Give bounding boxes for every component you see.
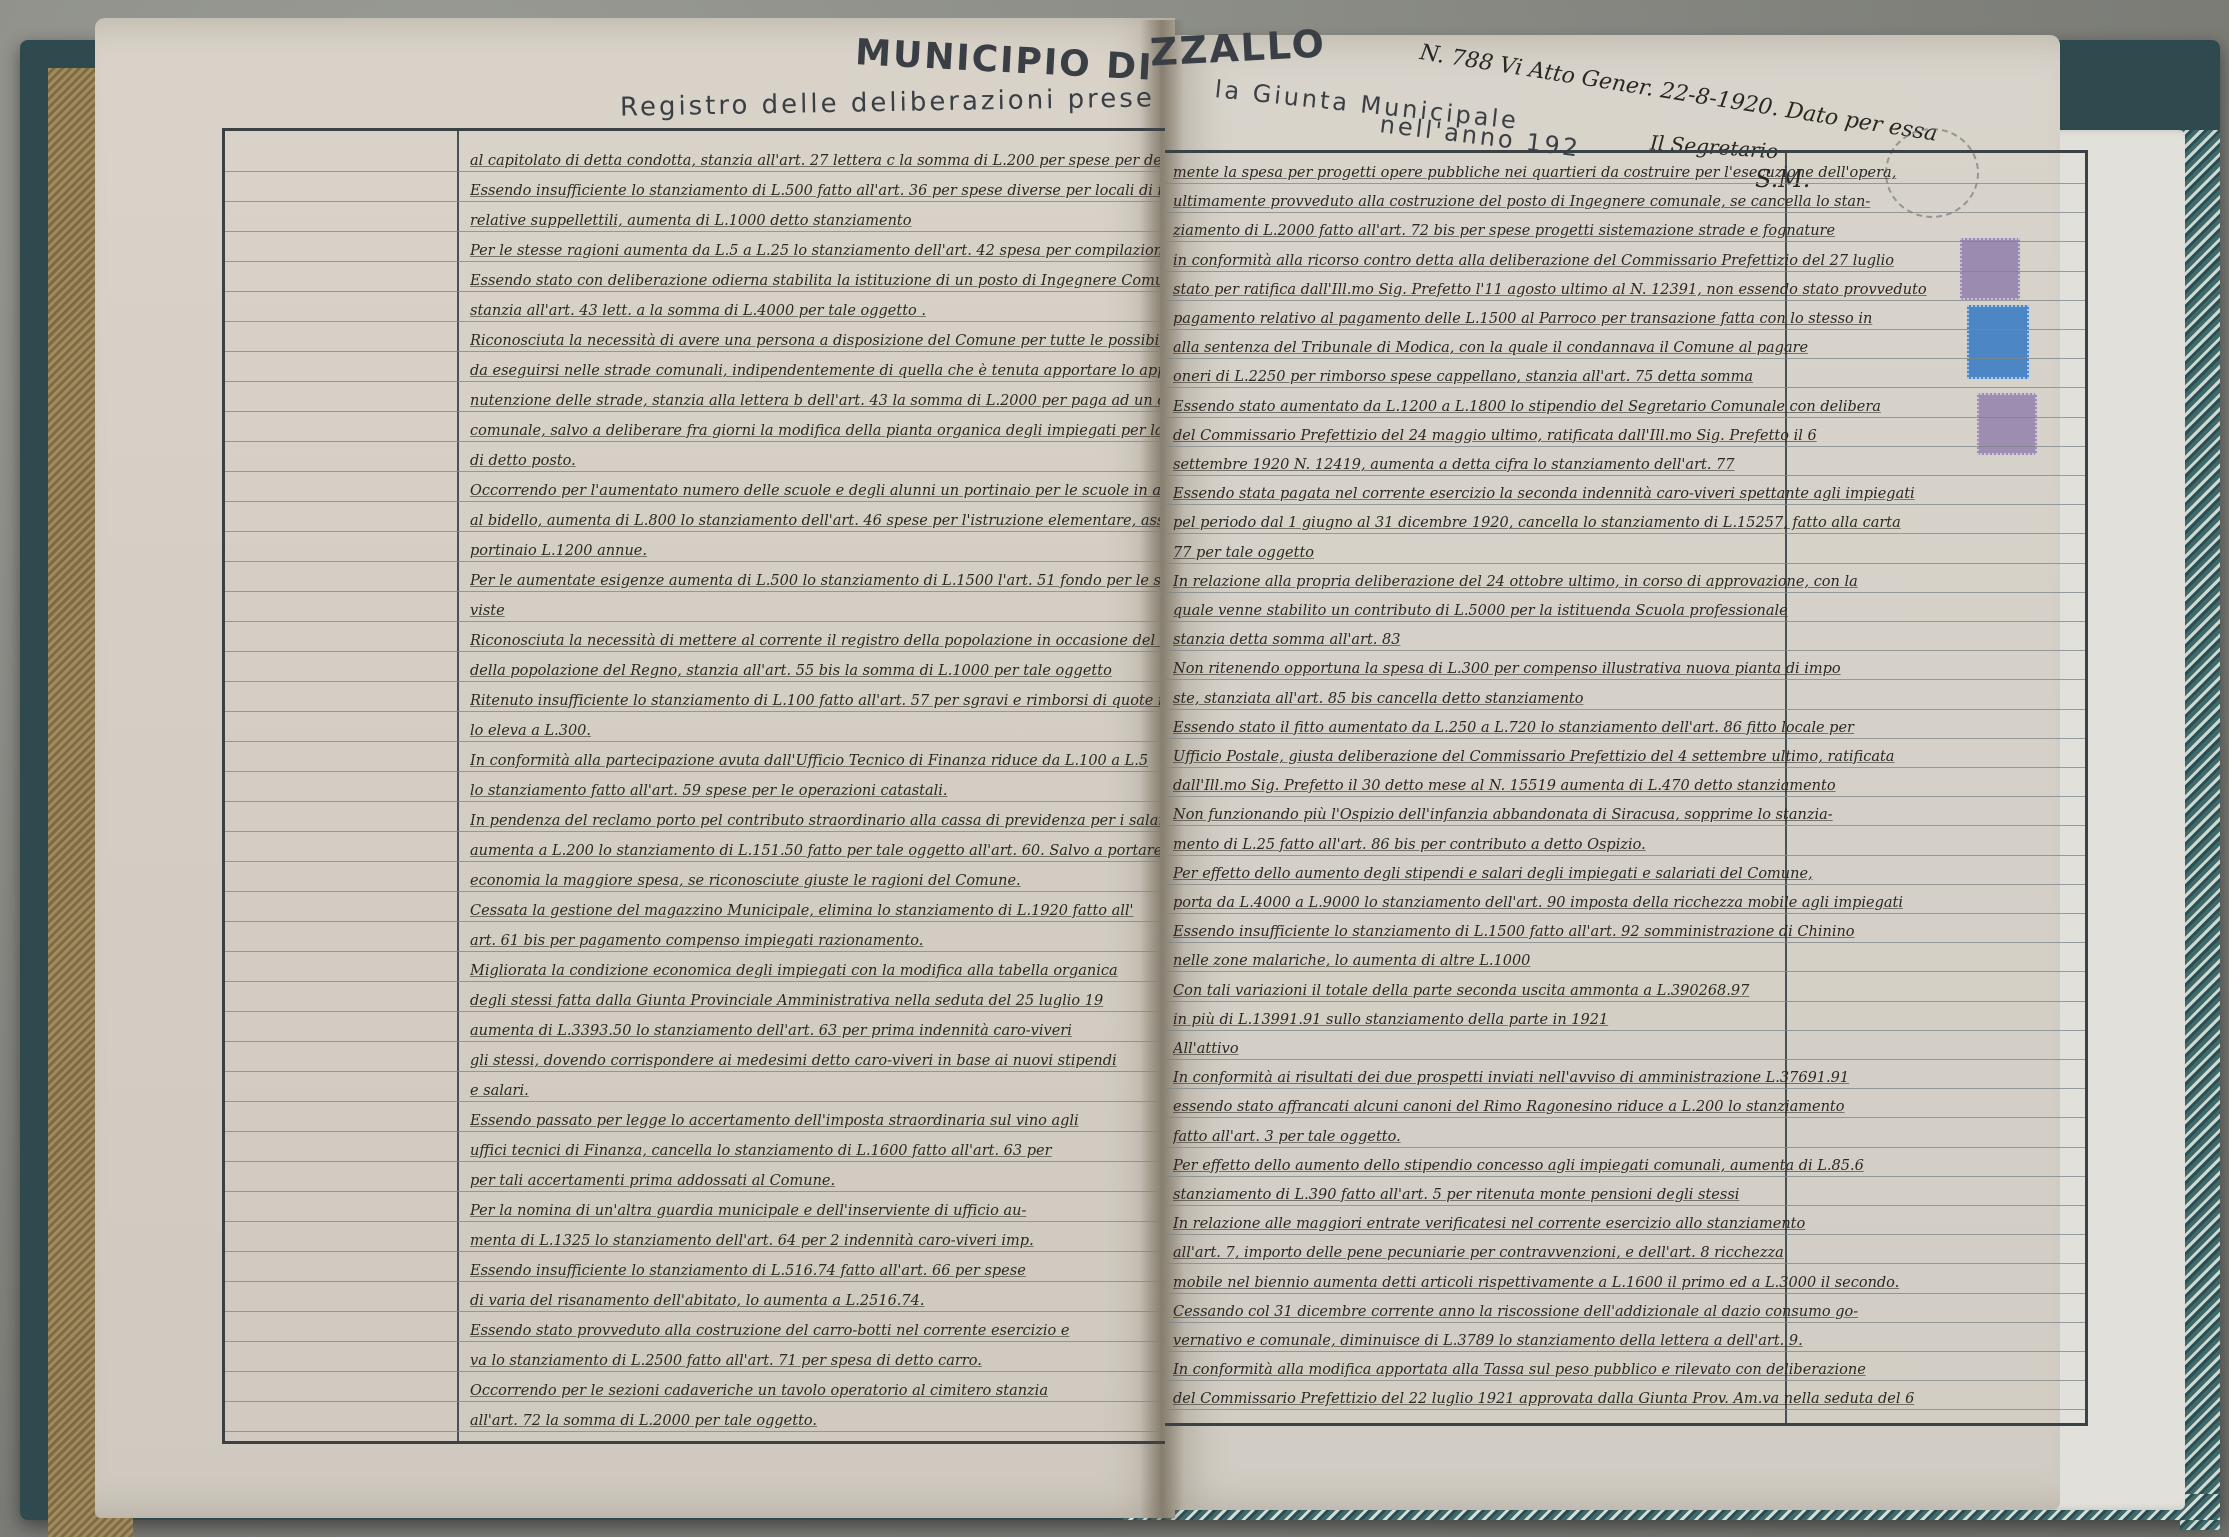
handwritten-line: stato per ratifica dall'Ill.mo Sig. Pref… xyxy=(1173,282,2053,298)
ruled-line xyxy=(225,801,1165,802)
ruled-line xyxy=(1165,212,2085,213)
ruled-line xyxy=(1165,1176,2085,1177)
handwritten-line: Cessando col 31 dicembre corrente anno l… xyxy=(1173,1304,2053,1320)
handwritten-line: al bidello, aumenta di L.800 lo stanziam… xyxy=(470,513,1160,529)
handwritten-line: Riconosciuta la necessità di avere una p… xyxy=(470,333,1160,349)
ruled-line xyxy=(1165,738,2085,739)
ruled-line xyxy=(225,981,1165,982)
handwritten-line: in più di L.13991.91 sullo stanziamento … xyxy=(1173,1012,2053,1028)
ruled-line xyxy=(1165,446,2085,447)
handwritten-line: Essendo stato con deliberazione odierna … xyxy=(470,273,1160,289)
ruled-line xyxy=(1165,533,2085,534)
ruled-line xyxy=(225,1431,1165,1432)
ruled-line xyxy=(225,1221,1165,1222)
handwritten-line: Per effetto dello aumento dello stipendi… xyxy=(1173,1158,2053,1174)
handwritten-line: per tali accertamenti prima addossati al… xyxy=(470,1173,1160,1189)
left-ledger-table: al capitolato di detta condotta, stanzia… xyxy=(222,128,1165,1444)
ruled-line xyxy=(225,921,1165,922)
ruled-line xyxy=(225,1311,1165,1312)
handwritten-line: Essendo stato il fitto aumentato da L.25… xyxy=(1173,720,2053,736)
handwritten-line: In relazione alla propria deliberazione … xyxy=(1173,574,2053,590)
handwritten-line: portinaio L.1200 annue. xyxy=(470,543,1160,559)
handwritten-line: Essendo passato per legge lo accertament… xyxy=(470,1113,1160,1129)
ruled-line xyxy=(1165,271,2085,272)
handwritten-line: porta da L.4000 a L.9000 lo stanziamento… xyxy=(1173,895,2053,911)
ruled-line xyxy=(1165,1205,2085,1206)
ruled-line xyxy=(225,291,1165,292)
ruled-line xyxy=(1165,329,2085,330)
ruled-line xyxy=(225,1101,1165,1102)
handwritten-line: pel periodo dal 1 giugno al 31 dicembre … xyxy=(1173,515,2053,531)
handwritten-line: ste, stanziata all'art. 85 bis cancella … xyxy=(1173,691,2053,707)
handwritten-line: di detto posto. xyxy=(470,453,1160,469)
ruled-line xyxy=(225,1011,1165,1012)
handwritten-line: all'art. 72 la somma di L.2000 per tale … xyxy=(470,1413,1160,1429)
handwritten-line: All'attivo xyxy=(1173,1041,2053,1057)
handwritten-line: In conformità ai risultati dei due prosp… xyxy=(1173,1070,2053,1086)
handwritten-line: Essendo stato provveduto alla costruzion… xyxy=(470,1323,1160,1339)
handwritten-line: Essendo insufficiente lo stanziamento di… xyxy=(1173,924,2053,940)
ruled-line xyxy=(225,1251,1165,1252)
ruled-line xyxy=(225,651,1165,652)
handwritten-line: lo eleva a L.300. xyxy=(470,723,1160,739)
handwritten-line: economia la maggiore spesa, se riconosci… xyxy=(470,873,1160,889)
handwritten-line: Occorrendo per l'aumentato numero delle … xyxy=(470,483,1160,499)
ruled-line xyxy=(1165,796,2085,797)
ruled-line xyxy=(225,561,1165,562)
ruled-line xyxy=(1165,563,2085,564)
ruled-line xyxy=(225,411,1165,412)
handwritten-line: uffici tecnici di Finanza, cancella lo s… xyxy=(470,1143,1160,1159)
ruled-line xyxy=(225,1281,1165,1282)
handwritten-line: menta di L.1325 lo stanziamento dell'art… xyxy=(470,1233,1160,1249)
handwritten-line: ziamento di L.2000 fatto all'art. 72 bis… xyxy=(1173,223,2053,239)
handwritten-line: art. 61 bis per pagamento compenso impie… xyxy=(470,933,1160,949)
handwritten-line: degli stessi fatta dalla Giunta Provinci… xyxy=(470,993,1160,1009)
ruled-line xyxy=(1165,592,2085,593)
handwritten-line: Per effetto dello aumento degli stipendi… xyxy=(1173,866,2053,882)
handwritten-line: Cessata la gestione del magazzino Munici… xyxy=(470,903,1160,919)
ruled-line xyxy=(1165,1059,2085,1060)
handwritten-line: del Commissario Prefettizio del 22 lugli… xyxy=(1173,1391,2053,1407)
ruled-line xyxy=(1165,475,2085,476)
cover-marbled-edge-right xyxy=(2180,130,2220,1530)
ruled-line xyxy=(225,501,1165,502)
handwritten-line: relative suppellettili, aumenta di L.100… xyxy=(470,213,1160,229)
handwritten-line: Per le stesse ragioni aumenta da L.5 a L… xyxy=(470,243,1160,259)
right-ledger-table: mente la spesa per progetti opere pubbli… xyxy=(1165,150,2088,1426)
ruled-line xyxy=(1165,1147,2085,1148)
ruled-line xyxy=(225,831,1165,832)
handwritten-line: Essendo insufficiente lo stanziamento di… xyxy=(470,1263,1160,1279)
handwritten-line: e salari. xyxy=(470,1083,1160,1099)
handwritten-line: Per la nomina di un'altra guardia munici… xyxy=(470,1203,1160,1219)
handwritten-line: In conformità alla partecipazione avuta … xyxy=(470,753,1160,769)
handwritten-line: della popolazione del Regno, stanzia all… xyxy=(470,663,1160,679)
ruled-line xyxy=(1165,1234,2085,1235)
ruled-line xyxy=(225,621,1165,622)
ruled-line xyxy=(1165,358,2085,359)
handwritten-line: In conformità alla modifica apportata al… xyxy=(1173,1362,2053,1378)
handwritten-line: nelle zone malariche, lo aumenta di altr… xyxy=(1173,953,2053,969)
ruled-line xyxy=(1165,387,2085,388)
handwritten-line: in conformità alla ricorso contro detta … xyxy=(1173,253,2053,269)
handwritten-line: vernativo e comunale, diminuisce di L.37… xyxy=(1173,1333,2053,1349)
handwritten-line: alla sentenza del Tribunale di Modica, c… xyxy=(1173,340,2053,356)
ruled-line xyxy=(225,1131,1165,1132)
ruled-line xyxy=(225,171,1165,172)
handwritten-line: In pendenza del reclamo porto pel contri… xyxy=(470,813,1160,829)
handwritten-line: Essendo insufficiente lo stanziamento di… xyxy=(470,183,1160,199)
ruled-line xyxy=(1165,183,2085,184)
handwritten-line: Essendo stato aumentato da L.1200 a L.18… xyxy=(1173,399,2053,415)
handwritten-line: va lo stanziamento di L.2500 fatto all'a… xyxy=(470,1353,1160,1369)
ruled-line xyxy=(225,681,1165,682)
handwritten-line: di varia del risanamento dell'abitato, l… xyxy=(470,1293,1160,1309)
handwritten-line: del Commissario Prefettizio del 24 maggi… xyxy=(1173,428,2053,444)
handwritten-line: aumenta di L.3393.50 lo stanziamento del… xyxy=(470,1023,1160,1039)
ruled-line xyxy=(1165,504,2085,505)
handwritten-line: comunale, salvo a deliberare fra giorni … xyxy=(470,423,1160,439)
handwritten-line: viste xyxy=(470,603,1160,619)
ruled-line xyxy=(225,1191,1165,1192)
ruled-line xyxy=(1165,825,2085,826)
handwritten-line: Con tali variazioni il totale della part… xyxy=(1173,983,2053,999)
ruled-line xyxy=(225,351,1165,352)
ruled-line xyxy=(225,201,1165,202)
ruled-line xyxy=(1165,1351,2085,1352)
ruled-line xyxy=(1165,241,2085,242)
handwritten-line: aumenta a L.200 lo stanziamento di L.151… xyxy=(470,843,1160,859)
handwritten-line: Essendo stata pagata nel corrente eserci… xyxy=(1173,486,2053,502)
handwritten-line: lo stanziamento fatto all'art. 59 spese … xyxy=(470,783,1160,799)
handwritten-line: Migliorata la condizione economica degli… xyxy=(470,963,1160,979)
left-margin-column-divider xyxy=(457,131,459,1441)
handwritten-line: Riconosciuta la necessità di mettere al … xyxy=(470,633,1160,649)
ruled-line xyxy=(225,771,1165,772)
ruled-line xyxy=(1165,1117,2085,1118)
handwritten-line: pagamento relativo al pagamento delle L.… xyxy=(1173,311,2053,327)
handwritten-line: In relazione alle maggiori entrate verif… xyxy=(1173,1216,2053,1232)
handwritten-line: stanziamento di L.390 fatto all'art. 5 p… xyxy=(1173,1187,2053,1203)
handwritten-line: Ufficio Postale, giusta deliberazione de… xyxy=(1173,749,2053,765)
ruled-line xyxy=(1165,942,2085,943)
handwritten-line: nutenzione delle strade, stanzia alla le… xyxy=(470,393,1160,409)
handwritten-line: mento di L.25 fatto all'art. 86 bis per … xyxy=(1173,837,2053,853)
ruled-line xyxy=(1165,1263,2085,1264)
ruled-line xyxy=(225,861,1165,862)
handwritten-line: oneri di L.2250 per rimborso spese cappe… xyxy=(1173,369,2053,385)
ruled-line xyxy=(225,1341,1165,1342)
ruled-line xyxy=(1165,679,2085,680)
ruled-line xyxy=(225,231,1165,232)
ruled-line xyxy=(1165,855,2085,856)
ruled-line xyxy=(225,1371,1165,1372)
handwritten-line: stanzia detta somma all'art. 83 xyxy=(1173,632,2053,648)
handwritten-line: da eseguirsi nelle strade comunali, indi… xyxy=(470,363,1160,379)
ruled-line xyxy=(225,741,1165,742)
handwritten-line: settembre 1920 N. 12419, aumenta a detta… xyxy=(1173,457,2053,473)
ruled-line xyxy=(1165,971,2085,972)
handwritten-line: quale venne stabilito un contributo di L… xyxy=(1173,603,2053,619)
ruled-line xyxy=(225,1161,1165,1162)
header-title-right: ZZALLO xyxy=(1149,21,1327,74)
ruled-line xyxy=(225,891,1165,892)
handwritten-line: Occorrendo per le sezioni cadaveriche un… xyxy=(470,1383,1160,1399)
ruled-line xyxy=(225,261,1165,262)
ruled-line xyxy=(1165,650,2085,651)
ruled-line xyxy=(1165,1380,2085,1381)
ruled-line xyxy=(225,1071,1165,1072)
ruled-line xyxy=(1165,1088,2085,1089)
handwritten-line: fatto all'art. 3 per tale oggetto. xyxy=(1173,1129,2053,1145)
handwritten-line: mente la spesa per progetti opere pubbli… xyxy=(1173,165,2053,181)
handwritten-line: dall'Ill.mo Sig. Prefetto il 30 detto me… xyxy=(1173,778,2053,794)
handwritten-line: mobile nel biennio aumenta detti articol… xyxy=(1173,1275,2053,1291)
ruled-line xyxy=(1165,1001,2085,1002)
ruled-line xyxy=(1165,913,2085,914)
handwritten-line: Ritenuto insufficiente lo stanziamento d… xyxy=(470,693,1160,709)
handwritten-line: essendo stato affrancati alcuni canoni d… xyxy=(1173,1099,2053,1115)
ruled-line xyxy=(225,471,1165,472)
ruled-line xyxy=(1165,1030,2085,1031)
ruled-line xyxy=(225,321,1165,322)
ruled-line xyxy=(1165,1293,2085,1294)
ruled-line xyxy=(225,441,1165,442)
ruled-line xyxy=(1165,1409,2085,1410)
handwritten-line: Per le aumentate esigenze aumenta di L.5… xyxy=(470,573,1160,589)
ruled-line xyxy=(225,1401,1165,1402)
ruled-line xyxy=(225,531,1165,532)
ruled-line xyxy=(225,591,1165,592)
handwritten-line: stanzia all'art. 43 lett. a la somma di … xyxy=(470,303,1160,319)
handwritten-line: al capitolato di detta condotta, stanzia… xyxy=(470,153,1160,169)
ruled-line xyxy=(225,711,1165,712)
handwritten-line: Non funzionando più l'Ospizio dell'infan… xyxy=(1173,807,2053,823)
handwritten-line: all'art. 7, importo delle pene pecuniari… xyxy=(1173,1245,2053,1261)
ruled-line xyxy=(225,951,1165,952)
ruled-line xyxy=(1165,621,2085,622)
ruled-line xyxy=(1165,1322,2085,1323)
handwritten-line: 77 per tale oggetto xyxy=(1173,545,2053,561)
handwritten-line: ultimamente provveduto alla costruzione … xyxy=(1173,194,2053,210)
ruled-line xyxy=(1165,417,2085,418)
ruled-line xyxy=(1165,300,2085,301)
handwritten-line: Non ritenendo opportuna la spesa di L.30… xyxy=(1173,661,2053,677)
ruled-line xyxy=(225,381,1165,382)
ruled-line xyxy=(225,1041,1165,1042)
ruled-line xyxy=(1165,884,2085,885)
ruled-line xyxy=(1165,767,2085,768)
handwritten-line: gli stessi, dovendo corrispondere ai med… xyxy=(470,1053,1160,1069)
ruled-line xyxy=(1165,709,2085,710)
